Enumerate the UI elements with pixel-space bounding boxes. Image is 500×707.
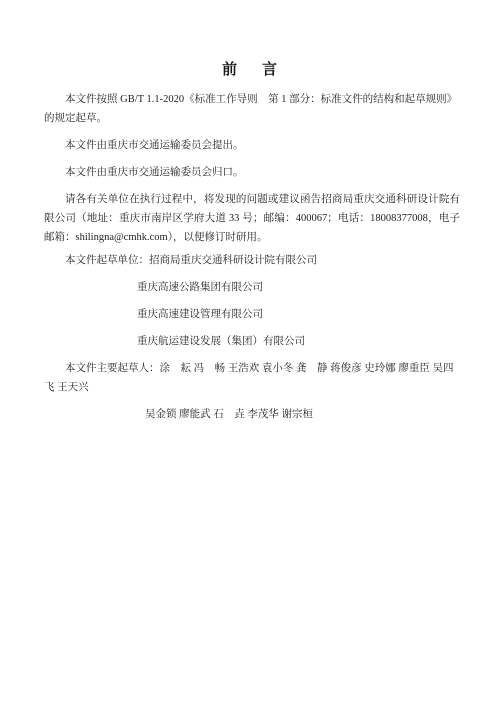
- drafting-unit-0: 招商局重庆交通科研设计院有限公司: [149, 255, 317, 266]
- drafting-unit-1: 重庆高速公路集团有限公司: [44, 278, 460, 297]
- page-title: 前 言: [44, 60, 460, 80]
- drafting-units-first-line: 本文件起草单位：招商局重庆交通科研设计院有限公司: [44, 251, 460, 270]
- drafters-label: 本文件主要起草人：: [65, 363, 160, 374]
- drafters-names-line2: 吴金锁 廖能武 石 垚 李茂华 谢宗桓: [44, 405, 460, 424]
- drafting-units-label: 本文件起草单位：: [65, 255, 149, 266]
- paragraph-feedback-contact: 请各有关单位在执行过程中，将发现的问题或建议函告招商局重庆交通科研设计院有限公司…: [44, 190, 460, 247]
- paragraph-drafting-basis: 本文件按照 GB/T 1.1-2020《标准工作导则 第 1 部分：标准文件的结…: [44, 90, 460, 128]
- paragraph-centralized-by: 本文件由重庆市交通运输委员会归口。: [44, 163, 460, 182]
- foreword-section: 前 言 本文件按照 GB/T 1.1-2020《标准工作导则 第 1 部分：标准…: [44, 60, 460, 424]
- drafters-first-line: 本文件主要起草人：涂 耘 冯 畅 王浩欢 袁小冬 龚 静 蒋俊彦 史玲娜 廖重臣…: [44, 359, 460, 397]
- drafting-unit-3: 重庆航运建设发展（集团）有限公司: [44, 332, 460, 351]
- paragraph-proposed-by: 本文件由重庆市交通运输委员会提出。: [44, 136, 460, 155]
- document-page: 前 言 本文件按照 GB/T 1.1-2020《标准工作导则 第 1 部分：标准…: [0, 0, 500, 707]
- drafting-unit-2: 重庆高速建设管理有限公司: [44, 305, 460, 324]
